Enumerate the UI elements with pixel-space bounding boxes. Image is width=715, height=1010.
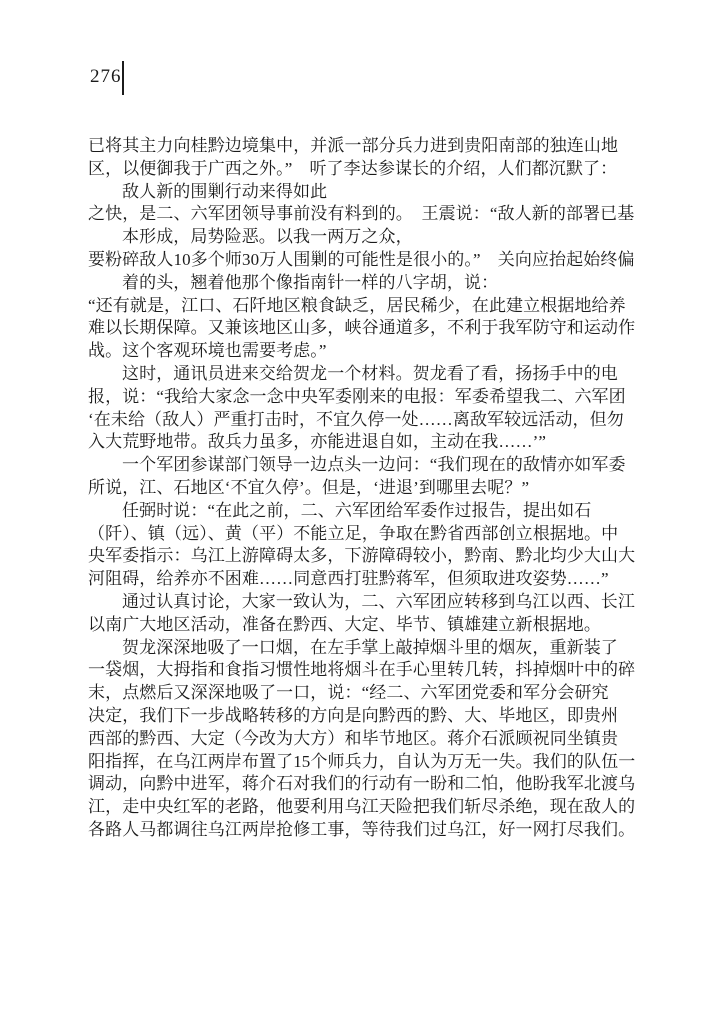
text-line: 一袋烟，大拇指和食指习惯性地将烟斗在手心里转几转，抖掉烟叶中的碎 <box>88 659 636 682</box>
book-page: 276 已将其主力向桂黔边境集中，并派一部分兵力进到贵阳南部的独连山地区，以便御… <box>0 0 715 1010</box>
text-line: 入大荒野地带。敌兵力虽多，亦能进退自如，主动在我……’” <box>88 431 636 454</box>
text-line: 一个军团参谋部门领导一边点头一边问：“我们现在的敌情亦如军委 <box>88 454 636 477</box>
page-number: 276 <box>90 66 122 88</box>
text-line: 决定，我们下一步战略转移的方向是向黔西的黔、大、毕地区，即贵州 <box>88 705 636 728</box>
text-line: 阳指挥，在乌江两岸布置了15个师兵力，自认为万无一失。我们的队伍一 <box>88 751 636 774</box>
text-line: 河阻碍，给养亦不困难……同意西打驻黔蒋军，但须取进攻姿势……” <box>88 568 636 591</box>
body-text: 已将其主力向桂黔边境集中，并派一部分兵力进到贵阳南部的独连山地区，以便御我于广西… <box>88 135 636 842</box>
text-line: 已将其主力向桂黔边境集中，并派一部分兵力进到贵阳南部的独连山地 <box>88 135 636 158</box>
text-line: 末，点燃后又深深地吸了一口，说：“经二、六军团党委和军分会研究 <box>88 682 636 705</box>
page-number-divider <box>122 61 124 95</box>
text-line: 各路人马都调往乌江两岸抢修工事，等待我们过乌江，好一网打尽我们。 <box>88 819 636 842</box>
text-line: 战。这个客观环境也需要考虑。” <box>88 340 636 363</box>
text-line: 难以长期保障。又兼该地区山多，峡谷通道多，不利于我军防守和运动作 <box>88 317 636 340</box>
text-line: 本形成，局势险恶。以我一两万之众， <box>88 226 636 249</box>
text-line: 所说，江、石地区‘不宜久停’。但是，‘进退’到哪里去呢？” <box>88 477 636 500</box>
text-line: 央军委指示：乌江上游障碍太多，下游障碍较小，黔南、黔北均少大山大 <box>88 545 636 568</box>
text-line: 这时，通讯员进来交给贺龙一个材料。贺龙看了看，扬扬手中的电 <box>88 363 636 386</box>
text-line: 敌人新的围剿行动来得如此 <box>88 181 636 204</box>
text-line: 报，说：“我给大家念一念中央军委刚来的电报：军委希望我二、六军团 <box>88 386 636 409</box>
text-line: 贺龙深深地吸了一口烟，在左手掌上敲掉烟斗里的烟灰，重新装了 <box>88 637 636 660</box>
text-line: 以南广大地区活动，准备在黔西、大定、毕节、镇雄建立新根据地。 <box>88 614 636 637</box>
text-line: 着的头，翘着他那个像指南针一样的八字胡，说： <box>88 272 636 295</box>
text-line: ‘在未给（敌人）严重打击时，不宜久停一处……离敌军较远活动，但勿 <box>88 409 636 432</box>
text-line: 之快，是二、六军团领导事前没有料到的。 王震说：“敌人新的部署已基 <box>88 203 636 226</box>
text-line: （阡）、镇（远）、黄（平）不能立足，争取在黔省西部创立根据地。中 <box>88 523 636 546</box>
text-line: 要粉碎敌人10多个师30万人围剿的可能性是很小的。” 关向应抬起始终偏 <box>88 249 636 272</box>
text-line: 西部的黔西、大定（今改为大方）和毕节地区。蒋介石派顾祝同坐镇贵 <box>88 728 636 751</box>
text-line: 江，走中央红军的老路，他要利用乌江天险把我们斩尽杀绝，现在敌人的 <box>88 796 636 819</box>
page-header: 276 <box>0 0 715 110</box>
text-line: 任弼时说：“在此之前，二、六军团给军委作过报告，提出如石 <box>88 500 636 523</box>
text-line: 调动，向黔中进军，蒋介石对我们的行动有一盼和二怕，他盼我军北渡乌 <box>88 773 636 796</box>
text-line: 通过认真讨论，大家一致认为，二、六军团应转移到乌江以西、长江 <box>88 591 636 614</box>
text-line: “还有就是，江口、石阡地区粮食缺乏，居民稀少，在此建立根据地给养 <box>88 295 636 318</box>
text-line: 区，以便御我于广西之外。” 听了李达参谋长的介绍，人们都沉默了： <box>88 158 636 181</box>
